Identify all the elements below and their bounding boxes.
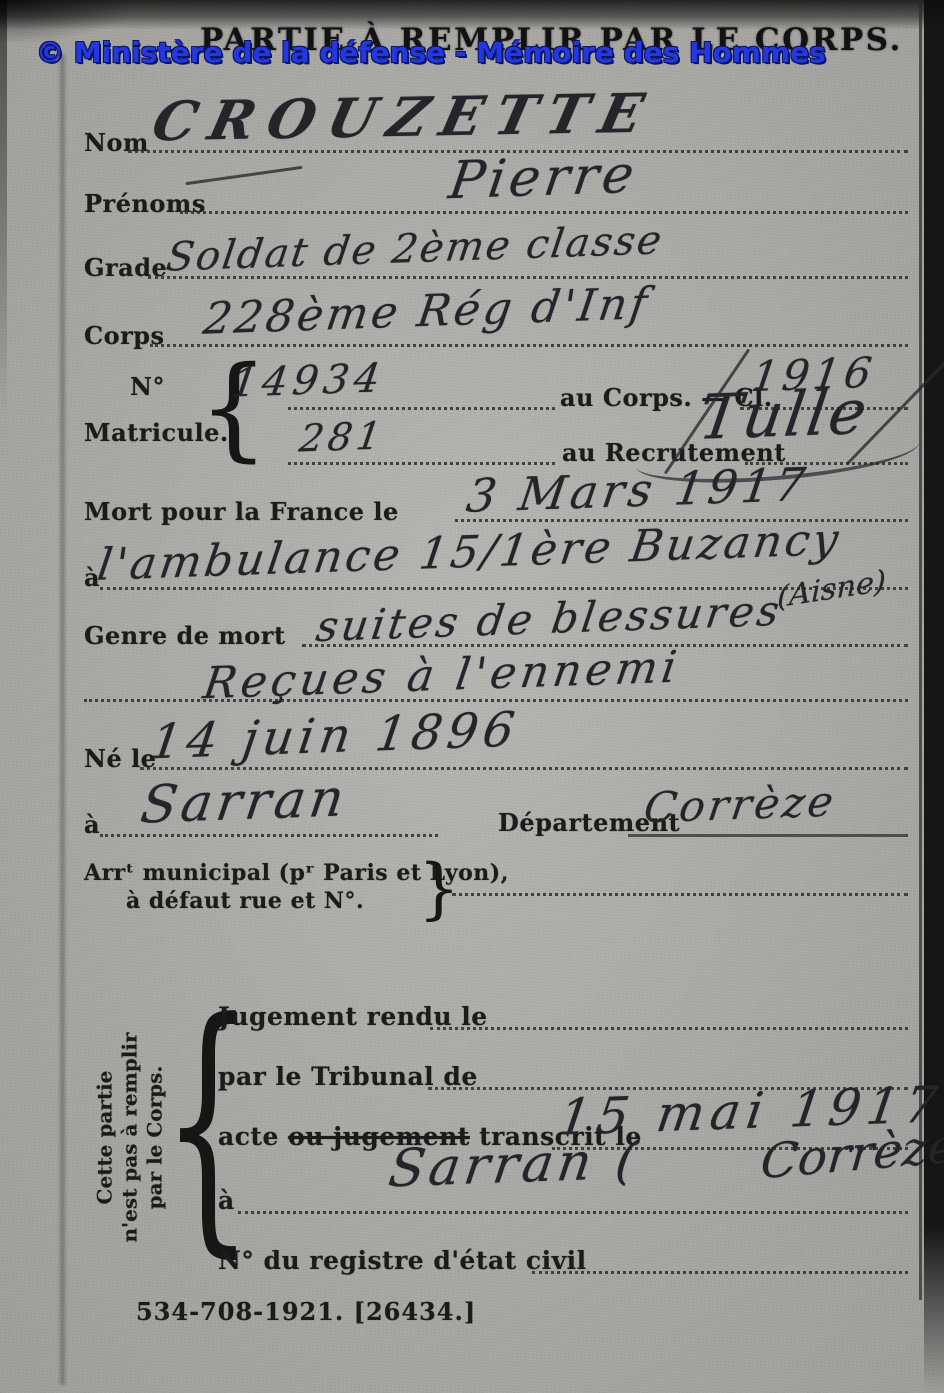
mort-date-handwriting: 3 Mars 1917 [463, 457, 812, 523]
dotted-line [288, 462, 555, 465]
lieu-transcription-label: à [218, 1186, 235, 1215]
solid-line [628, 834, 908, 837]
prenoms-value-handwriting: Pierre [445, 145, 641, 211]
copyright-watermark: © Ministère de la défense - Mémoire des … [36, 36, 826, 69]
mort-label: Mort pour la France le [84, 497, 399, 526]
arrondissement-label-line2: à défaut rue et N°. [126, 888, 364, 914]
dotted-line [532, 1271, 908, 1274]
dotted-line [288, 407, 555, 410]
departement-value-handwriting: Corrèze [641, 777, 839, 833]
dotted-line [452, 893, 908, 896]
side-note-rotated: Cette partie n'est pas à remplir par le … [93, 1018, 168, 1258]
nom-value-handwriting: CROUZETTE [147, 81, 663, 154]
corps-value-handwriting: 228ème Rég d'Inf [200, 278, 653, 344]
dotted-line [180, 211, 908, 214]
ne-le-value-handwriting: 14 juin 1896 [147, 702, 523, 771]
genre-mort-value-handwriting: suites de blessures [313, 586, 785, 651]
transcrit-label-prefix: acte [218, 1122, 279, 1151]
pen-flourish [185, 166, 302, 185]
scan-edge-left [0, 0, 7, 420]
brace-icon [418, 856, 460, 922]
dotted-line [430, 1027, 908, 1030]
paper-crease [60, 55, 65, 1385]
genre-mort-label: Genre de mort [84, 621, 286, 650]
dotted-line [238, 1211, 908, 1214]
matricule-label-numero: N° [130, 372, 165, 401]
genre-mort-annotation-handwriting: (Aisne) [777, 564, 886, 615]
lieu-transcription-value-handwriting: Sarran ( [385, 1131, 645, 1200]
lieu-naissance-label: à [84, 810, 100, 839]
print-reference: 534-708-1921. [26434.] [136, 1297, 476, 1326]
grade-value-handwriting: Soldat de 2ème classe [163, 217, 666, 280]
matricule-recrutement-number-handwriting: 281 [297, 414, 388, 461]
scan-edge-right [924, 0, 944, 1393]
dotted-line [140, 767, 908, 770]
matricule-corps-number-handwriting: 14934 [228, 355, 388, 406]
lieu-naissance-value-handwriting: Sarran [137, 768, 351, 835]
scanned-death-record-card: PARTIE À REMPLIR PAR LE CORPS. © Ministè… [0, 0, 944, 1393]
